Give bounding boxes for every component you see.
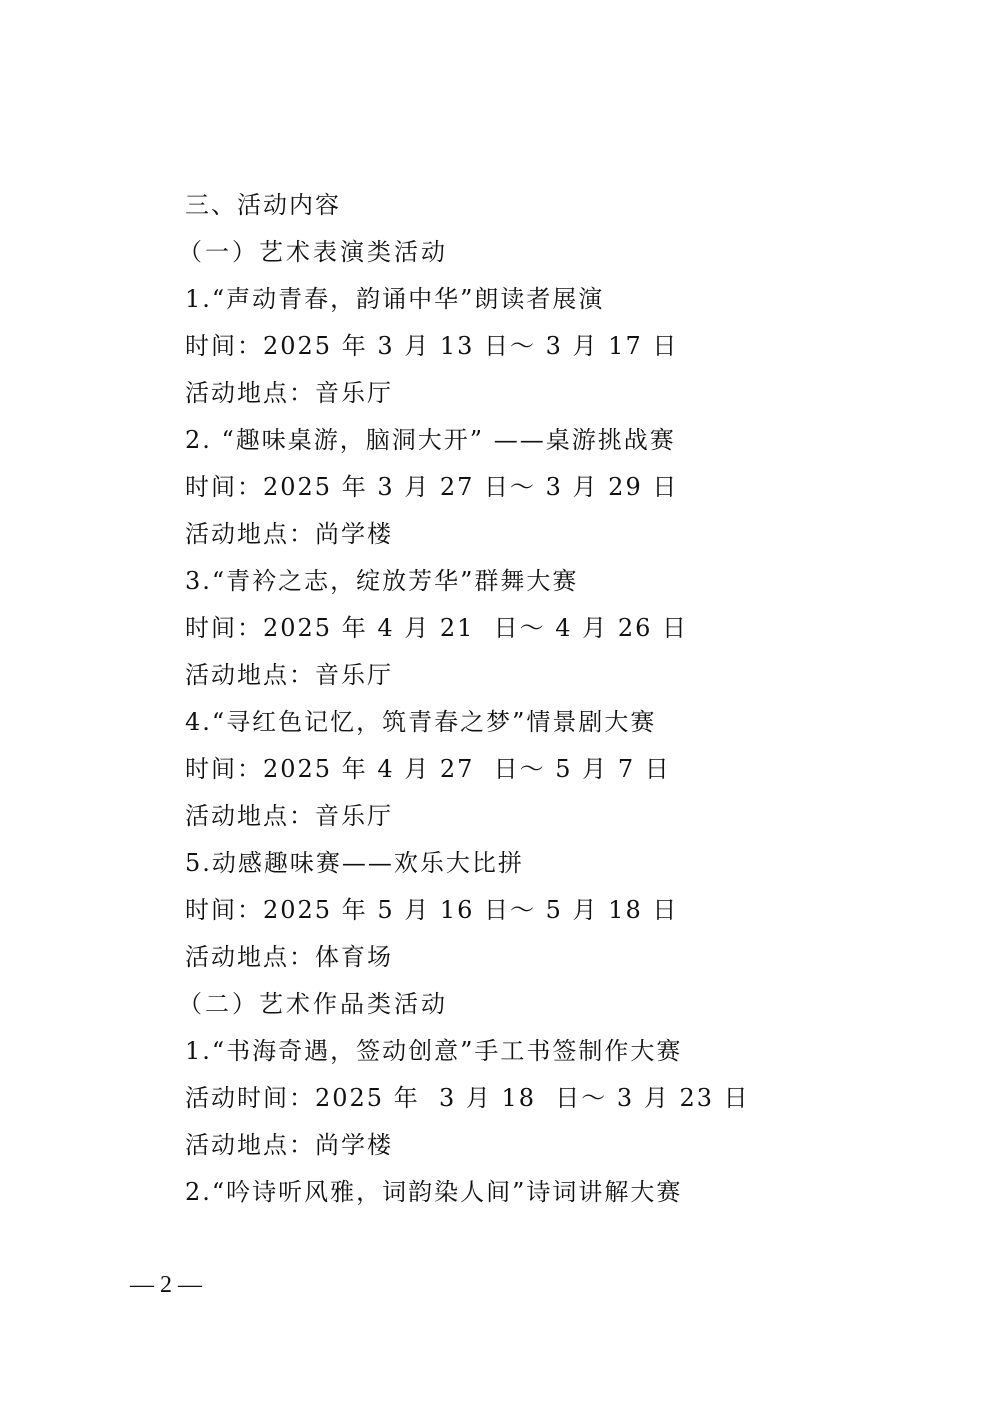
activity-name: 2. “趣味桌游，脑洞大开” ——桌游挑战赛 (185, 425, 676, 455)
activity-time: 时间：2025 年 3 月 27 日～ 3 月 29 日 (185, 472, 678, 502)
activity-name: 1.“书海奇遇，签动创意”手工书签制作大赛 (185, 1036, 682, 1066)
activity-name: 4.“寻红色记忆，筑青春之梦”情景剧大赛 (185, 707, 656, 737)
activity-location: 活动地点：音乐厅 (185, 378, 393, 408)
document-page: 三、活动内容 （一）艺术表演类活动 1.“声动青春，韵诵中华”朗读者展演 时间：… (0, 0, 999, 1413)
activity-time: 时间：2025 年 4 月 27 日～ 5 月 7 日 (185, 754, 671, 784)
activity-location: 活动地点：尚学楼 (185, 1130, 393, 1160)
activity-name: 2.“吟诗听风雅，词韵染人间”诗词讲解大赛 (185, 1177, 682, 1207)
section-title: 三、活动内容 (185, 190, 341, 220)
activity-location: 活动地点：音乐厅 (185, 801, 393, 831)
activity-name: 3.“青衿之志，绽放芳华”群舞大赛 (185, 566, 578, 596)
activity-time: 时间：2025 年 3 月 13 日～ 3 月 17 日 (185, 331, 678, 361)
activity-location: 活动地点：尚学楼 (185, 519, 393, 549)
group-title: （二）艺术作品类活动 (178, 989, 448, 1019)
activity-location: 活动地点：体育场 (185, 942, 393, 972)
activity-name: 5.动感趣味赛——欢乐大比拼 (185, 848, 524, 878)
activity-time: 活动时间：2025 年 3 月 18 日～ 3 月 23 日 (185, 1083, 750, 1113)
activity-location: 活动地点：音乐厅 (185, 660, 393, 690)
group-title: （一）艺术表演类活动 (178, 237, 448, 267)
activity-name: 1.“声动青春，韵诵中华”朗读者展演 (185, 284, 604, 314)
activity-time: 时间：2025 年 4 月 21 日～ 4 月 26 日 (185, 613, 688, 643)
activity-time: 时间：2025 年 5 月 16 日～ 5 月 18 日 (185, 895, 678, 925)
page-number: — 2 — (130, 1270, 202, 1300)
